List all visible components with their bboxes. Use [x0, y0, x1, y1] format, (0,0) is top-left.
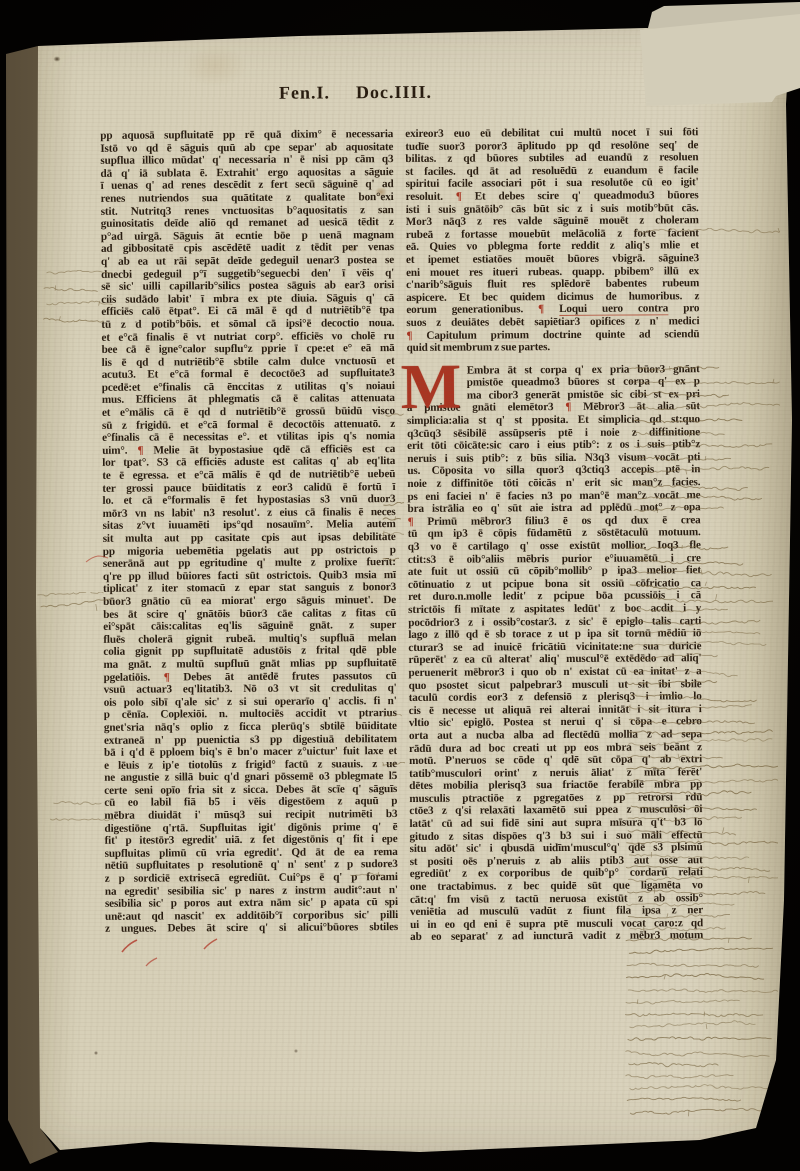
text-line: z ungues. Debes āt scire q' si alicui°bū… — [105, 921, 398, 935]
text-line: z p sordiciē extrisecā egrediūt. Cui°ps … — [105, 871, 398, 885]
text-line: ma gnāt. z multū supfluū gnāt mlias pp s… — [103, 657, 396, 671]
text-line: gnet'sria nāq's oplio z ficca plerūq's s… — [104, 720, 397, 734]
text-line: exireor3 euo eū debilitat cui multū noce… — [405, 126, 698, 140]
manuscript-page: Fen.I.Doc.IIII. pp aquosā supfluitatē pp… — [0, 0, 800, 1171]
text-line: ¶ Capitulum primum doctrine quinte ad sc… — [406, 328, 699, 342]
running-head-fen: Fen.I. — [279, 82, 330, 102]
running-head: Fen.I.Doc.IIII. — [279, 82, 432, 104]
text-line: peruenerit mēbror3 i quo ob n' existat c… — [408, 665, 701, 679]
text-line: orta aut a nucba alba ad flectēdū mollia… — [409, 728, 702, 742]
text-line: sit multa aut pp casitate cpis aut ipsas… — [103, 531, 396, 545]
text-line: renes nutriendos sua quātitate z qualita… — [101, 191, 394, 205]
text-line: būor3 gnātio cū ea miorat' ergo sāguis m… — [103, 594, 396, 608]
text-line: noie z diffinitōe tōti cōicās n' erit si… — [407, 476, 700, 490]
running-head-doc: Doc.IIII. — [356, 82, 432, 102]
text-line: ab eo separat' z ad iuncturā vadit z mēb… — [410, 930, 703, 944]
text-line: et ipemet estiatōes mouēt būores vbigrā.… — [406, 252, 699, 266]
text-line: strictōis fi mītate z aspitates ledūt' z… — [408, 602, 701, 616]
right-column-paragraphs: exireor3 euo eū debilitat cui multū noce… — [405, 126, 699, 354]
text-line: q' ab ea ut rāi sepāt deīde gedeguil uen… — [101, 254, 394, 268]
printed-text-block: Fen.I.Doc.IIII. pp aquosā supfluitatē pp… — [0, 0, 800, 1171]
rubricated-initial-M: M — [401, 356, 459, 416]
text-line: suos z deuiātes debēt sapiētiar3 opifice… — [406, 315, 699, 329]
text-column-right: exireor3 euo eū debilitat cui multū noce… — [405, 126, 703, 944]
text-line: pp aquosā supfluitatē pp rē quā dixim° ē… — [100, 128, 393, 142]
text-column-left: pp aquosā supfluitatē pp rē quā dixim° ē… — [100, 128, 398, 936]
book-photograph: Fen.I.Doc.IIII. pp aquosā supfluitatē pp… — [0, 0, 800, 1171]
text-line: q3 vo ē cartilago q' osse existūt mollio… — [408, 539, 701, 553]
text-line: tū z d potib°bōis. et sōmal cā ipsi°ē de… — [101, 317, 394, 331]
right-column-chapter: M Embra āt st corpa q' ex pria būor3 gnā… — [407, 363, 704, 944]
text-line: resoluit. ¶ Et debes scire q' queadmodu3… — [406, 189, 699, 203]
